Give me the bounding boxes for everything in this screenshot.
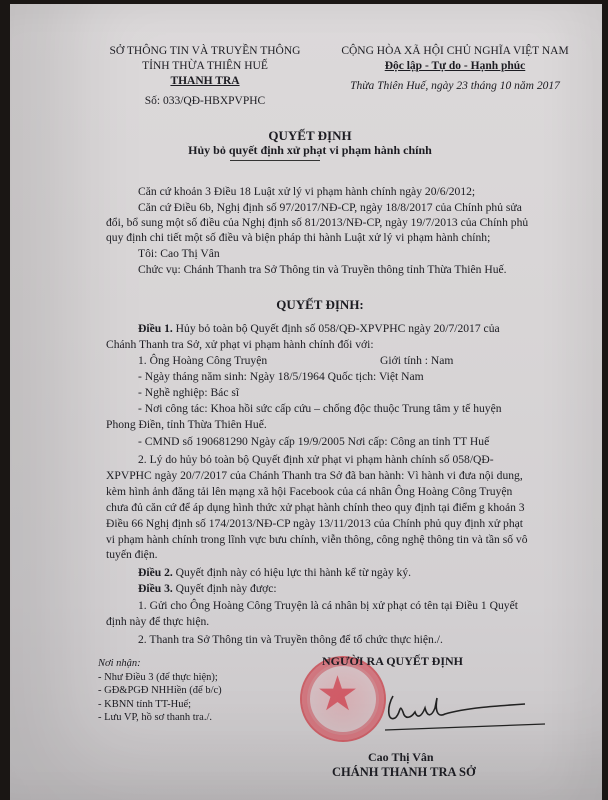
signer-title: CHÁNH THANH TRA SỞ — [332, 765, 476, 780]
recipients-heading: Nơi nhận: — [98, 657, 222, 671]
document-number: Số: 033/QĐ-HBXPVPHC — [94, 94, 316, 109]
reason-line: 2. Lý do hủy bỏ toàn bộ Quyết định xử ph… — [138, 452, 494, 468]
recipient-item: - Như Điều 3 (để thực hiện); — [98, 671, 222, 685]
agency-name: SỞ THÔNG TIN VÀ TRUYỀN THÔNG — [94, 44, 316, 59]
recipient-item: - GĐ&PGĐ NHHiền (để b/c) — [98, 684, 222, 698]
article-3-item: 2. Thanh tra Sở Thông tin và Truyền thôn… — [138, 632, 443, 648]
preamble-line: Căn cứ Điều 6b, Nghị định số 97/2017/NĐ-… — [138, 200, 522, 216]
agency-province: TỈNH THỪA THIÊN HUẾ — [94, 59, 316, 74]
document-page: SỞ THÔNG TIN VÀ TRUYỀN THÔNG TỈNH THỪA T… — [10, 4, 602, 800]
person-workplace: - Nơi công tác: Khoa hồi sức cấp cứu – c… — [138, 401, 502, 417]
national-name: CỘNG HÒA XÃ HỘI CHỦ NGHĨA VIỆT NAM — [320, 44, 590, 59]
signer-name: Cao Thị Vân — [368, 750, 434, 765]
reason-line: Điều 66 Nghị định số 174/2013/NĐ-CP ngày… — [106, 516, 523, 532]
article-2-label: Điều 2. — [138, 566, 173, 579]
person-job: - Nghề nghiệp: Bác sĩ — [138, 385, 239, 401]
reason-line: tuyến điện. — [106, 547, 158, 563]
preamble-line: Căn cứ khoản 3 Điều 18 Luật xử lý vi phạ… — [138, 184, 475, 200]
person-gender: Giới tính : Nam — [380, 353, 453, 369]
recipient-item: - KBNN tỉnh TT-Huế; — [98, 698, 222, 712]
signer-name-line: Tôi: Cao Thị Vân — [138, 246, 220, 262]
article-1-label: Điều 1. — [138, 322, 173, 335]
agency-header: SỞ THÔNG TIN VÀ TRUYỀN THÔNG TỈNH THỪA T… — [94, 44, 316, 109]
article-3-label: Điều 3. — [138, 582, 173, 595]
article-1-line: Chánh Thanh tra Sở, xử phạt vi phạm hành… — [106, 337, 374, 353]
person-name: 1. Ông Hoàng Công Truyện — [138, 353, 267, 369]
seal-star-icon: ★ — [316, 670, 359, 718]
national-header: CỘNG HÒA XÃ HỘI CHỦ NGHĨA VIỆT NAM Độc l… — [320, 44, 590, 94]
person-id: - CMND số 190681290 Ngày cấp 19/9/2005 N… — [138, 434, 489, 450]
agency-unit: THANH TRA — [94, 74, 316, 89]
subtitle-underline — [230, 160, 320, 161]
article-3: Điều 3. Quyết định này được: — [138, 581, 277, 597]
signature-icon — [385, 694, 555, 734]
document-title: QUYẾT ĐỊNH — [150, 128, 470, 144]
recipients-block: Nơi nhận: - Như Điều 3 (để thực hiện); -… — [98, 657, 222, 725]
recipient-item: - Lưu VP, hồ sơ thanh tra./. — [98, 711, 222, 725]
reason-line: XPVPHC ngày 20/7/2017 của Chánh Thanh tr… — [106, 468, 523, 484]
decision-heading: QUYẾT ĐỊNH: — [190, 297, 450, 313]
article-1-line: Điều 1. Hủy bỏ toàn bộ Quyết định số 058… — [138, 321, 500, 337]
reason-line: chưa đủ căn cứ để áp dụng hình thức xử p… — [106, 500, 525, 516]
reason-line: kèm hình ảnh đăng tải lên mạng xã hội Fa… — [106, 484, 512, 500]
preamble-line: đổi, bổ sung một số điều của Nghị định s… — [106, 215, 528, 231]
document-subtitle: Hủy bỏ quyết định xử phạt vi phạm hành c… — [150, 143, 470, 158]
issue-date: Thừa Thiên Huế, ngày 23 tháng 10 năm 201… — [320, 79, 590, 94]
article-3-item: định này để thực hiện. — [106, 614, 209, 630]
signature-heading: NGƯỜI RA QUYẾT ĐỊNH — [322, 654, 463, 669]
person-dob: - Ngày tháng năm sinh: Ngày 18/5/1964 Qu… — [138, 369, 424, 385]
article-2: Điều 2. Quyết định này có hiệu lực thi h… — [138, 565, 411, 581]
article-3-item: 1. Gửi cho Ông Hoàng Công Truyện là cá n… — [138, 598, 518, 614]
signer-position-line: Chức vụ: Chánh Thanh tra Sở Thông tin và… — [138, 262, 507, 278]
reason-line: vi phạm hành chính trong lĩnh vực bưu ch… — [106, 532, 528, 548]
person-workplace: Phong Điền, tỉnh Thừa Thiên Huế. — [106, 417, 267, 433]
national-motto: Độc lập - Tự do - Hạnh phúc — [320, 59, 590, 74]
preamble-line: quy định chi tiết một số điều và biện ph… — [106, 230, 490, 246]
